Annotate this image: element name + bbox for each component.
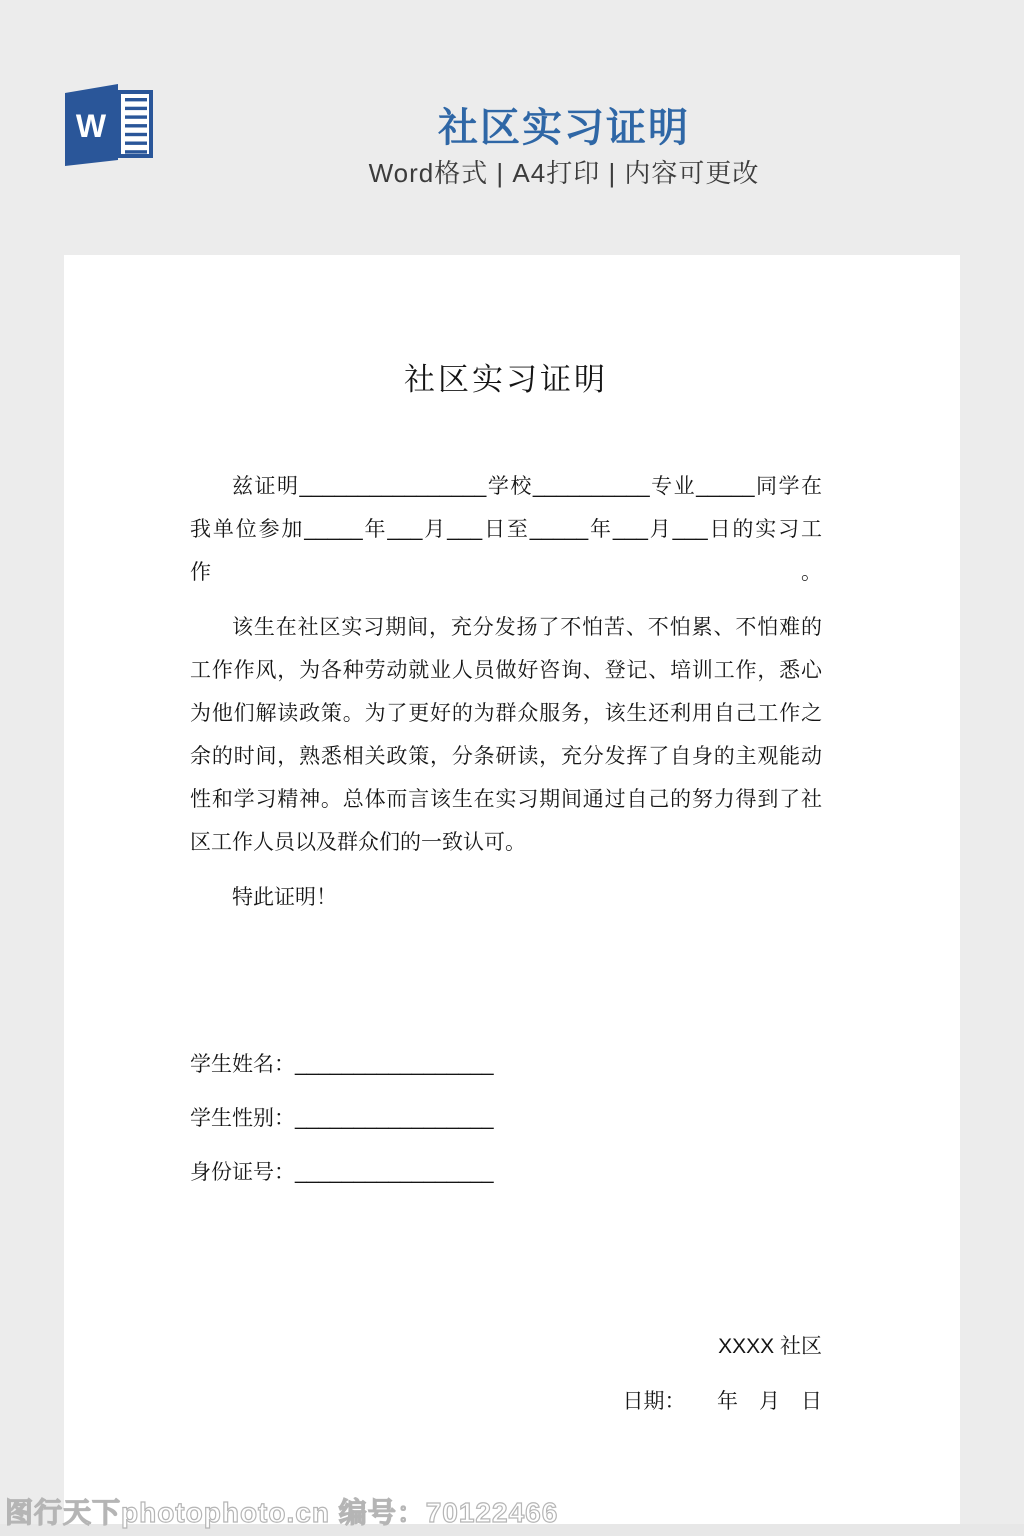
signature-block: XXXX 社区 日期： 年 月 日	[190, 1325, 822, 1423]
paragraph-line: 我单位参加_____年___月___日至_____年___月___日的实习工作。	[190, 508, 822, 594]
field-student-gender: 学生性别：_________________	[190, 1097, 822, 1140]
paragraph-line: 兹证明________________学校__________专业_____同学…	[190, 465, 822, 508]
paragraph-line: 性和学习精神。总体而言该生在实习期间通过自己的努力得到了社	[190, 778, 822, 821]
header-subtitle: Word格式 | A4打印 | 内容可更改	[104, 153, 1024, 190]
paragraph-line: 工作作风，为各种劳动就业人员做好咨询、登记、培训工作，悉心	[190, 649, 822, 692]
document-page: 社区实习证明 兹证明________________学校__________专业…	[64, 255, 960, 1524]
paragraph-line: 区工作人员以及群众们的一致认可。	[190, 821, 822, 864]
site-watermark: 图行天下photophoto.cn 编号：70122466	[5, 1491, 558, 1531]
student-fields: 学生姓名：_________________ 学生性别：____________…	[190, 1043, 822, 1194]
page: W 社区实习证明 Word格式 | A4打印 | 内容可更改 社区实习证明 兹证…	[0, 0, 1024, 1536]
signature-date: 日期： 年 月 日	[190, 1380, 822, 1423]
header-title: 社区实习证明	[104, 96, 1024, 153]
signature-org: XXXX 社区	[190, 1325, 822, 1368]
field-student-name: 学生姓名：_________________	[190, 1043, 822, 1086]
document-title: 社区实习证明	[190, 357, 822, 403]
paragraph-line: 余的时间，熟悉相关政策，分条研读，充分发挥了自身的主观能动	[190, 735, 822, 778]
paragraph-intro: 兹证明________________学校__________专业_____同学…	[190, 465, 822, 594]
paragraph-line: 为他们解读政策。为了更好的为群众服务，该生还利用自己工作之	[190, 692, 822, 735]
closing-statement: 特此证明！	[190, 876, 822, 919]
closing-line: 特此证明！	[190, 876, 822, 919]
paragraph-line: 该生在社区实习期间，充分发扬了不怕苦、不怕累、不怕难的	[190, 606, 822, 649]
word-icon-letter: W	[76, 108, 107, 144]
paragraph-body: 该生在社区实习期间，充分发扬了不怕苦、不怕累、不怕难的 工作作风，为各种劳动就业…	[190, 606, 822, 864]
field-id-number: 身份证号：_________________	[190, 1151, 822, 1194]
